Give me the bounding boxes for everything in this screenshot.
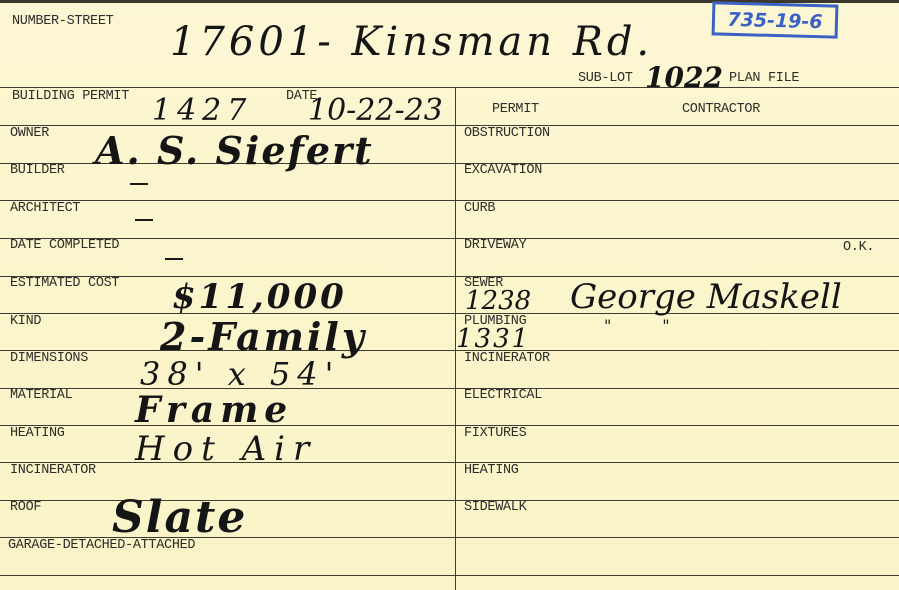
date-completed-label: DATE COMPLETED bbox=[10, 239, 119, 253]
sewer-contractor-value: George Maskell bbox=[570, 280, 842, 314]
kind-value: 2-Family bbox=[160, 318, 367, 356]
excavation-label: EXCAVATION bbox=[464, 164, 542, 178]
rule bbox=[0, 238, 899, 239]
rule bbox=[0, 200, 899, 201]
material-label: MATERIAL bbox=[10, 389, 72, 403]
dimensions-label: DIMENSIONS bbox=[10, 352, 88, 366]
heating-label: HEATING bbox=[10, 427, 65, 441]
incinerator-permit-label: INCINERATOR bbox=[464, 352, 550, 366]
electrical-label: ELECTRICAL bbox=[464, 389, 542, 403]
sub-lot-value: 1022 bbox=[645, 64, 723, 92]
plumbing-contractor-ditto: " " bbox=[604, 318, 670, 334]
roof-value: Slate bbox=[112, 496, 247, 540]
builder-value-dash bbox=[130, 183, 148, 185]
owner-label: OWNER bbox=[10, 127, 49, 141]
roof-label: ROOF bbox=[10, 501, 41, 515]
kind-label: KIND bbox=[10, 315, 41, 329]
file-number-stamp: 735-19-6 bbox=[712, 1, 839, 38]
plumbing-permit-value: 1331 bbox=[456, 326, 530, 352]
rule bbox=[0, 87, 899, 88]
driveway-status: O.K. bbox=[843, 241, 874, 255]
rule bbox=[0, 575, 899, 576]
rule bbox=[0, 125, 899, 126]
architect-label: ARCHITECT bbox=[10, 202, 80, 216]
builder-label: BUILDER bbox=[10, 164, 65, 178]
heating-permit-label: HEATING bbox=[464, 464, 519, 478]
plan-file-label: PLAN FILE bbox=[729, 72, 799, 86]
material-value: Frame bbox=[135, 392, 293, 428]
architect-value-dash bbox=[135, 219, 153, 221]
building-permit-label: BUILDING PERMIT bbox=[12, 90, 129, 104]
rule bbox=[0, 350, 899, 351]
contractor-column-header: CONTRACTOR bbox=[682, 103, 760, 117]
sidewalk-label: SIDEWALK bbox=[464, 501, 526, 515]
permit-column-header: PERMIT bbox=[492, 103, 539, 117]
curb-label: CURB bbox=[464, 202, 495, 216]
building-permit-value: 1427 bbox=[152, 96, 252, 126]
permit-date-value: 10-22-23 bbox=[308, 96, 443, 126]
address-value: 17601- Kinsman Rd. bbox=[170, 22, 653, 62]
date-completed-value-dash bbox=[165, 258, 183, 260]
obstruction-label: OBSTRUCTION bbox=[464, 127, 550, 141]
estimated-cost-label: ESTIMATED COST bbox=[10, 277, 119, 291]
number-street-label: NUMBER-STREET bbox=[12, 15, 113, 29]
heating-value: Hot Air bbox=[135, 432, 317, 466]
building-permit-card: 735-19-6 NUMBER-STREET BUILDING PERMIT D… bbox=[0, 0, 899, 590]
sub-lot-label: SUB-LOT bbox=[578, 72, 633, 86]
dimensions-value: 38' x 54' bbox=[140, 358, 340, 390]
incinerator-label: INCINERATOR bbox=[10, 464, 96, 478]
fixtures-label: FIXTURES bbox=[464, 427, 526, 441]
estimated-cost-value: $11,000 bbox=[172, 280, 347, 314]
sewer-permit-value: 1238 bbox=[465, 288, 531, 314]
owner-value: A. S. Siefert bbox=[95, 132, 374, 170]
driveway-label: DRIVEWAY bbox=[464, 239, 526, 253]
